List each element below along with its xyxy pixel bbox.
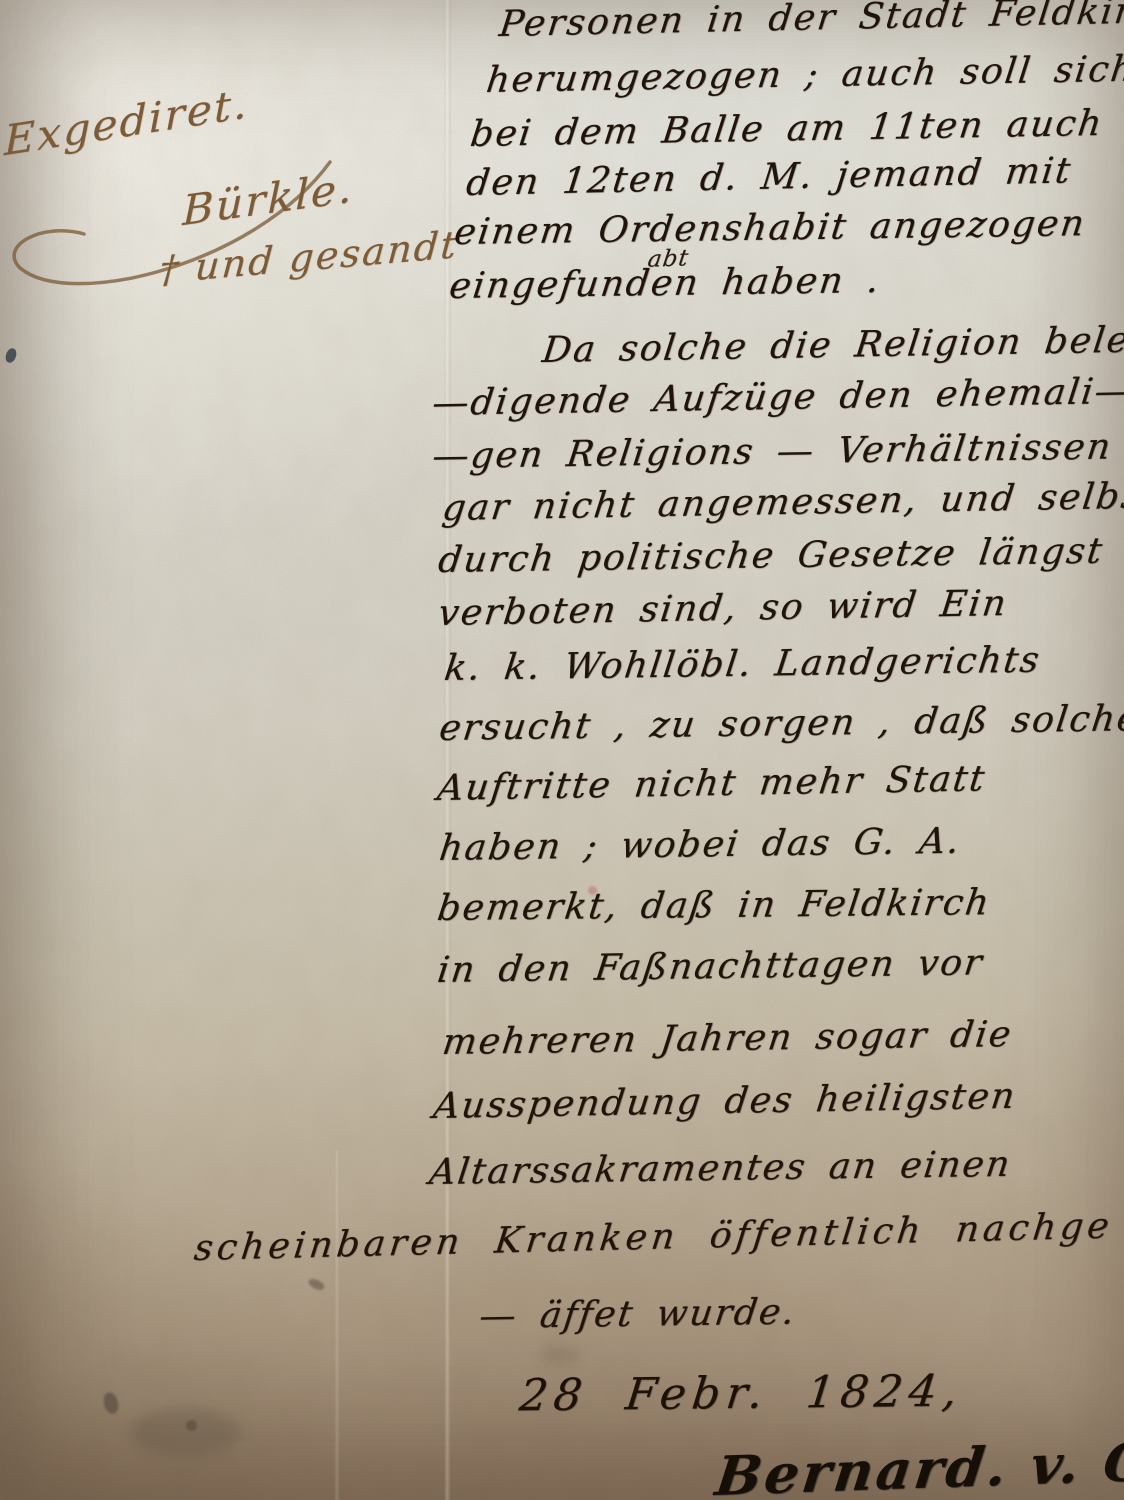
- ink-speck: [307, 1277, 326, 1292]
- manuscript-line: den 12ten d. M. jemand mit: [464, 150, 1074, 204]
- manuscript-line: bei dem Balle am 11ten auch: [468, 103, 1106, 155]
- ink-speck: [101, 1391, 120, 1416]
- manuscript-line: haben ; wobei das G. A.: [437, 821, 963, 869]
- manuscript-line: ersucht , zu sorgen , daß solche: [437, 698, 1124, 749]
- manuscript-line: einem Ordenshabit angezogen: [452, 203, 1088, 253]
- manuscript-line: in den Faßnachttagen vor: [435, 942, 986, 991]
- smudge-stain: [130, 1408, 240, 1456]
- manuscript-page: Exgediret. Bürkle. † und gesandt Persone…: [0, 0, 1124, 1500]
- manuscript-line: scheinbaren Kranken öffentlich nachge —: [192, 1204, 1124, 1269]
- interline-insertion: abt: [646, 245, 691, 272]
- signature: Bernard. v. G: [712, 1429, 1124, 1500]
- manuscript-line: — äffet wurde.: [477, 1292, 799, 1337]
- manuscript-line: gar nicht angemessen, und selbst: [440, 476, 1124, 529]
- manuscript-line: Da solche die Religion belei—: [540, 319, 1124, 371]
- manuscript-line: herumgezogen ; auch soll sich: [484, 49, 1124, 101]
- manuscript-line: verboten sind, so wird Ein: [436, 583, 1010, 634]
- paper-fold-crease: [334, 1150, 340, 1500]
- manuscript-line: Auftritte nicht mehr Statt: [435, 758, 988, 809]
- manuscript-line: Altarssakramentes an einen: [427, 1144, 1014, 1193]
- manuscript-line: bemerkt, daß in Feldkirch: [435, 882, 993, 929]
- manuscript-line: —digende Aufzüge den ehemali—: [430, 371, 1124, 424]
- ink-speck: [4, 347, 19, 365]
- manuscript-line: Ausspendung des heiligsten: [431, 1076, 1019, 1127]
- manuscript-line: Personen in der Stadt Feldkirch: [497, 0, 1124, 45]
- manuscript-line: durch politische Gesetze längst: [436, 531, 1106, 581]
- margin-note-name: Bürkle.: [182, 163, 354, 235]
- manuscript-line: mehreren Jahren sogar die: [440, 1014, 1015, 1063]
- date-line: 28 Febr. 1824,: [517, 1366, 966, 1422]
- ink-speck: [186, 1420, 197, 1431]
- manuscript-line: —gen Religions — Verhältnissen: [430, 427, 1115, 477]
- margin-note-sent: † und gesandt: [158, 222, 460, 292]
- margin-note-expedited: Exgediret.: [4, 79, 249, 165]
- smudge-stain: [540, 1346, 580, 1364]
- manuscript-line: k. k. Wohllöbl. Landgerichts: [442, 640, 1043, 689]
